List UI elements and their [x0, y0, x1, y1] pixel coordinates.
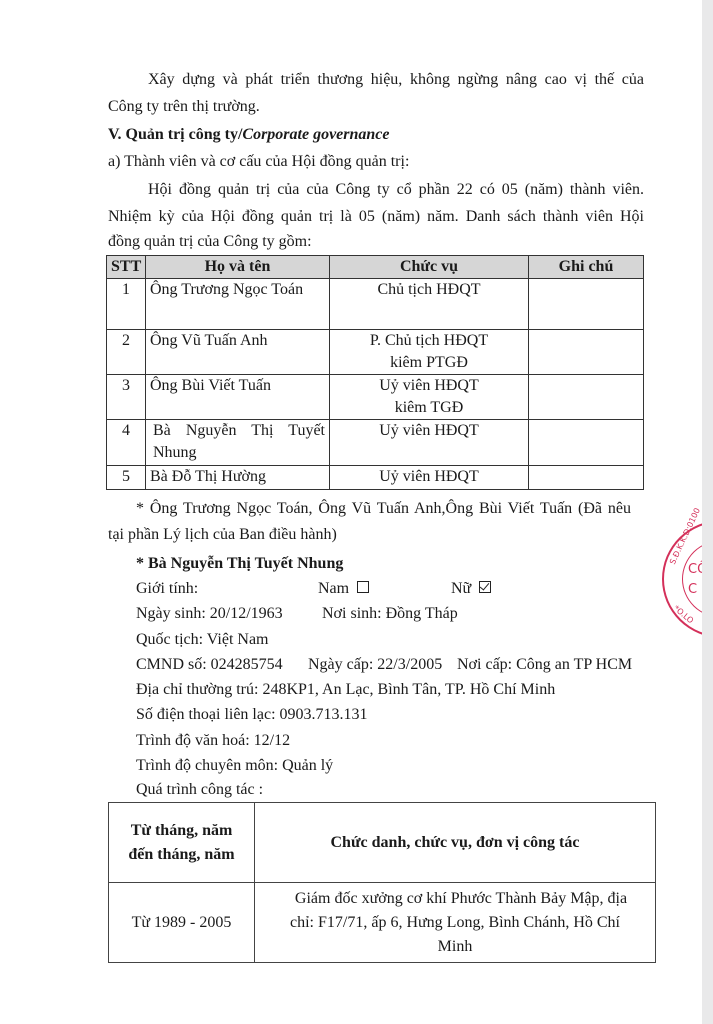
stamp-bottom-text: *O.LO — [672, 604, 695, 626]
footnote-line-2: tại phần Lý lịch của Ban điều hành) — [108, 525, 337, 545]
cell-stt: 2 — [107, 330, 146, 375]
cell-position: Chủ tịch HĐQT — [330, 279, 529, 330]
para-line-3: đồng quản trị của Công ty gồm: — [108, 232, 312, 252]
specialty: Trình độ chuyên môn: Quản lý — [136, 756, 333, 776]
gender-male-option[interactable]: Nam — [318, 579, 369, 599]
table-row: 1 Ông Trương Ngọc Toán Chủ tịch HĐQT — [107, 279, 644, 330]
cell-period: Từ 1989 - 2005 — [109, 883, 255, 963]
scan-edge-overlay — [702, 0, 713, 1024]
header-title: Chức danh, chức vụ, đơn vị công tác — [255, 803, 656, 883]
table-row: 2 Ông Vũ Tuấn Anh P. Chủ tịch HĐQT kiêm … — [107, 330, 644, 375]
cell-title-line-3: Minh — [256, 935, 654, 959]
cell-name: Ông Trương Ngọc Toán — [146, 279, 330, 330]
cell-position: Uỷ viên HĐQT — [330, 420, 529, 466]
cell-name: Bà Đỗ Thị Hường — [146, 466, 330, 490]
header-stt: STT — [107, 256, 146, 279]
cell-title-line-2: chỉ: F17/71, ấp 6, Hưng Long, Bình Chánh… — [256, 911, 654, 935]
intro-line-1: Xây dựng và phát triển thương hiệu, khôn… — [148, 70, 644, 90]
stamp-center-text-2: C — [688, 582, 697, 597]
address: Địa chỉ thường trú: 248KP1, An Lạc, Bình… — [136, 680, 555, 700]
work-history-table: Từ tháng, năm đến tháng, năm Chức danh, … — [108, 802, 656, 963]
table-row: 3 Ông Bùi Viết Tuấn Uỷ viên HĐQT kiêm TG… — [107, 375, 644, 420]
nationality: Quốc tịch: Việt Nam — [136, 630, 269, 650]
cell-stt: 4 — [107, 420, 146, 466]
cell-name: Ông Vũ Tuấn Anh — [146, 330, 330, 375]
board-members-table: STT Họ và tên Chức vụ Ghi chú 1 Ông Trươ… — [106, 255, 644, 490]
header-position: Chức vụ — [330, 256, 529, 279]
cell-position: Uỷ viên HĐQT — [330, 466, 529, 490]
intro-line-2: Công ty trên thị trường. — [108, 97, 260, 117]
id-issue-place: Nơi cấp: Công an TP HCM — [457, 655, 632, 675]
cell-note — [529, 279, 644, 330]
para-line-2: Nhiệm kỳ của Hội đồng quản trị là 05 (nă… — [108, 207, 644, 227]
cell-position: Uỷ viên HĐQT kiêm TGĐ — [330, 375, 529, 420]
gender-female-checkbox[interactable] — [479, 581, 491, 593]
cell-note — [529, 420, 644, 466]
cell-position: P. Chủ tịch HĐQT kiêm PTGĐ — [330, 330, 529, 375]
gender-female-option[interactable]: Nữ — [451, 579, 491, 599]
cell-title: Giám đốc xưởng cơ khí Phước Thành Bảy Mậ… — [255, 883, 656, 963]
cell-note — [529, 330, 644, 375]
birthplace: Nơi sinh: Đồng Tháp — [322, 604, 458, 624]
cell-stt: 3 — [107, 375, 146, 420]
header-name: Họ và tên — [146, 256, 330, 279]
cell-title-line-1: Giám đốc xưởng cơ khí Phước Thành Bảy Mậ… — [256, 887, 654, 911]
education: Trình độ văn hoá: 12/12 — [136, 731, 290, 751]
subheading: a) Thành viên và cơ cấu của Hội đồng quả… — [108, 152, 409, 172]
header-note: Ghi chú — [529, 256, 644, 279]
table-row: 5 Bà Đỗ Thị Hường Uỷ viên HĐQT — [107, 466, 644, 490]
date-of-birth: Ngày sinh: 20/12/1963 — [136, 604, 283, 624]
heading-italic-text: Corporate governance — [242, 126, 389, 143]
heading-text: V. Quản trị công ty/ — [108, 126, 242, 143]
para-line-1: Hội đồng quản trị của của Công ty cổ phầ… — [148, 180, 644, 200]
phone: Số điện thoại liên lạc: 0903.713.131 — [136, 705, 368, 725]
gender-male-label: Nam — [318, 580, 349, 597]
id-issue-date: Ngày cấp: 22/3/2005 — [308, 655, 442, 675]
footnote-line-1: * Ông Trương Ngọc Toán, Ông Vũ Tuấn Anh,… — [136, 499, 631, 519]
cell-stt: 1 — [107, 279, 146, 330]
header-period: Từ tháng, năm đến tháng, năm — [109, 803, 255, 883]
cell-name: Ông Bùi Viết Tuấn — [146, 375, 330, 420]
cell-note — [529, 375, 644, 420]
table-row: Từ 1989 - 2005 Giám đốc xưởng cơ khí Phư… — [109, 883, 656, 963]
cell-name: Bà Nguyễn Thị Tuyết Nhung — [146, 420, 330, 466]
cell-note — [529, 466, 644, 490]
header-period-line-2: đến tháng, năm — [110, 843, 253, 867]
table-header-row: Từ tháng, năm đến tháng, năm Chức danh, … — [109, 803, 656, 883]
table-row: 4 Bà Nguyễn Thị Tuyết Nhung Uỷ viên HĐQT — [107, 420, 644, 466]
gender-female-label: Nữ — [451, 580, 471, 597]
table-header-row: STT Họ và tên Chức vụ Ghi chú — [107, 256, 644, 279]
profile-title: * Bà Nguyễn Thị Tuyết Nhung — [136, 554, 343, 574]
id-number: CMND số: 024285754 — [136, 655, 283, 675]
gender-label: Giới tính: — [136, 579, 198, 599]
work-history-label: Quá trình công tác : — [136, 780, 263, 800]
section-heading: V. Quản trị công ty/Corporate governance — [108, 125, 390, 145]
gender-male-checkbox[interactable] — [357, 581, 369, 593]
cell-stt: 5 — [107, 466, 146, 490]
header-period-line-1: Từ tháng, năm — [110, 819, 253, 843]
